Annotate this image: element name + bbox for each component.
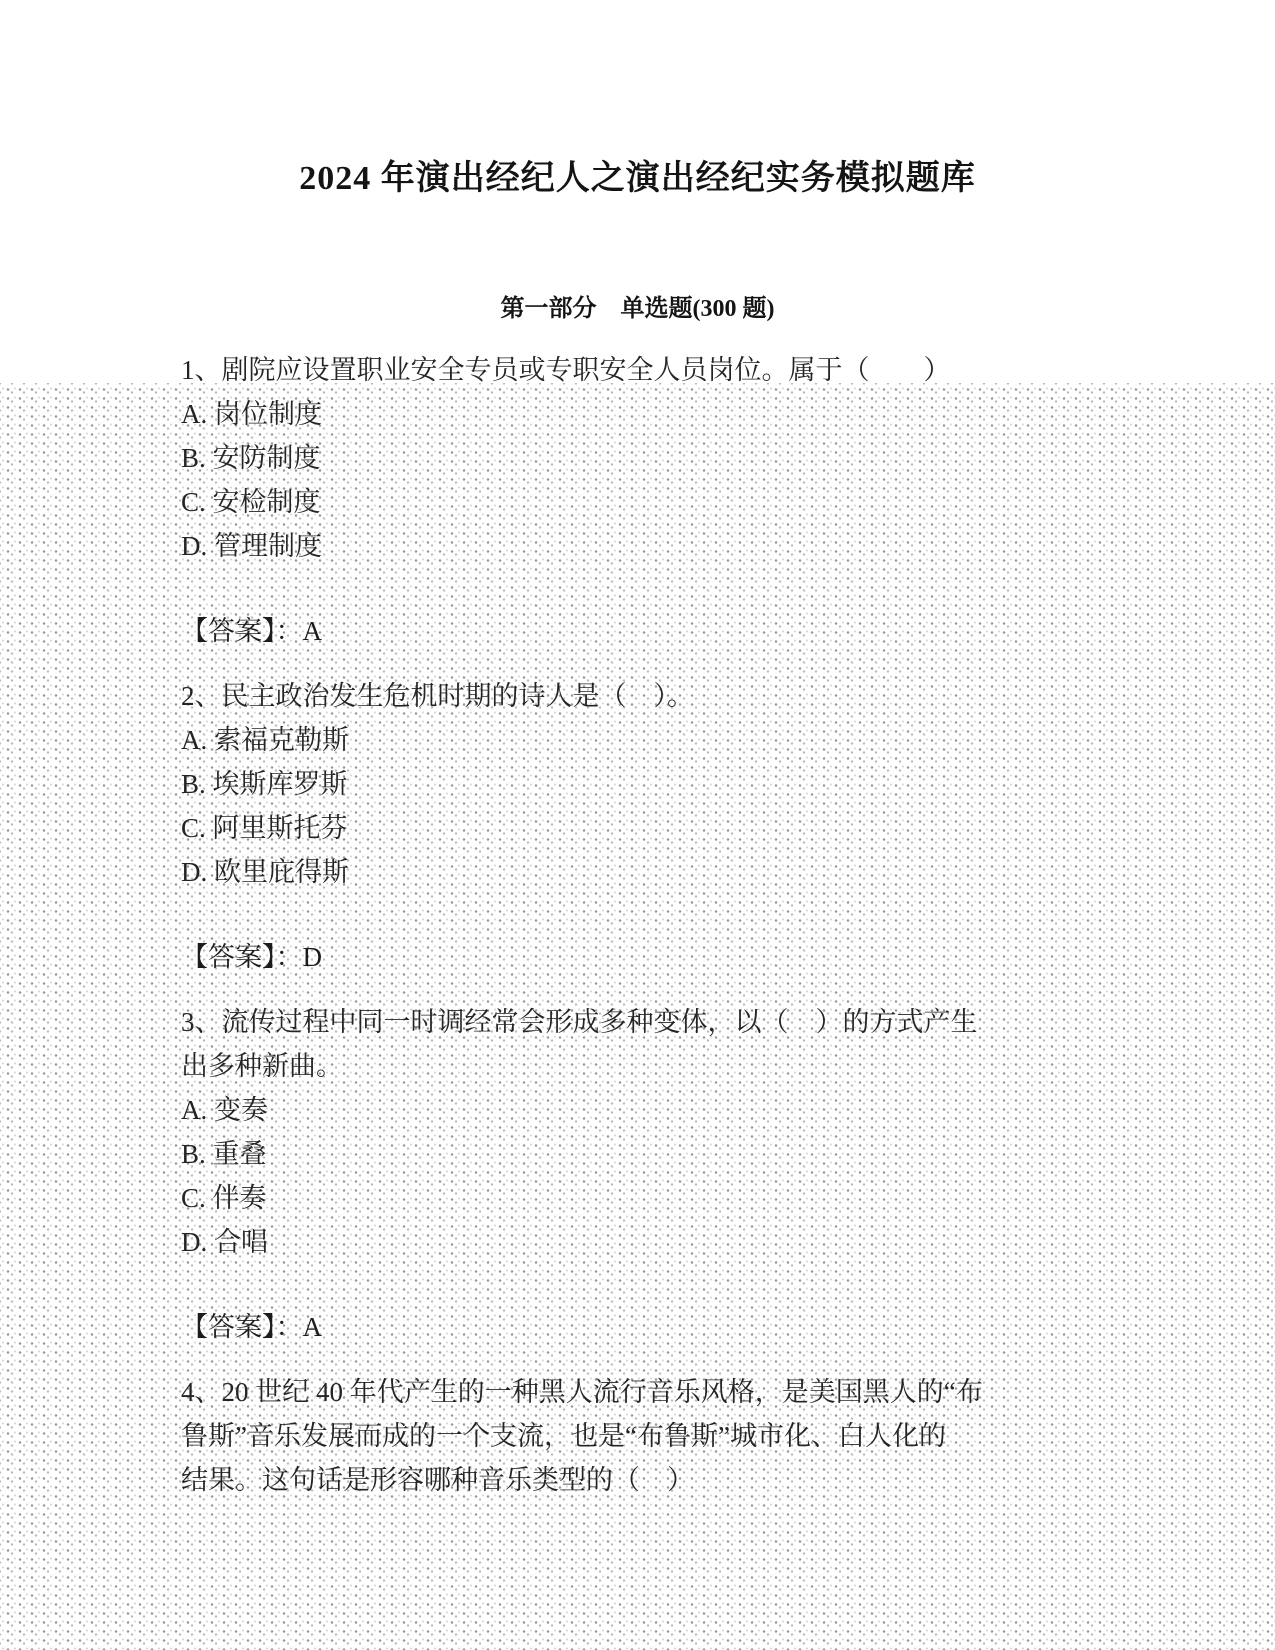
question-1-stem: 1、剧院应设置职业安全专员或专职安全人员岗位。属于（ ） [181,348,1061,392]
question-3-option-a: A. 变奏 [181,1088,1061,1132]
question-3-answer: 【答案】：A [181,1305,1061,1349]
question-3-option-b: B. 重叠 [181,1132,1061,1176]
question-2-stem: 2、民主政治发生危机时期的诗人是（ ）。 [181,674,1061,718]
question-2-option-a: A. 索福克勒斯 [181,718,1061,762]
section-heading: 第一部分 单选题(300 题) [0,288,1275,323]
question-4-stem-line-1: 4、20 世纪 40 年代产生的一种黑人流行音乐风格，是美国黑人的“布 [181,1370,1061,1414]
question-1-option-c: C. 安检制度 [181,480,1061,524]
question-4-stem-line-3: 结果。这句话是形容哪种音乐类型的（ ） [181,1458,1061,1502]
question-3-option-c: C. 伴奏 [181,1176,1061,1220]
question-1-option-a: A. 岗位制度 [181,392,1061,436]
question-3-stem-line-2: 出多种新曲。 [181,1044,1061,1088]
question-1-answer: 【答案】：A [181,609,1061,653]
questions-content: 1、剧院应设置职业安全专员或专职安全人员岗位。属于（ ） A. 岗位制度 B. … [181,348,1061,1502]
question-2-option-c: C. 阿里斯托芬 [181,806,1061,850]
document-title: 2024 年演出经纪人之演出经纪实务模拟题库 [0,150,1275,199]
question-2-option-d: D. 欧里庇得斯 [181,850,1061,894]
question-4-stem-line-2: 鲁斯”音乐发展而成的一个支流，也是“布鲁斯”城市化、白人化的 [181,1414,1061,1458]
question-3-stem-line-1: 3、流传过程中同一时调经常会形成多种变体，以（ ）的方式产生 [181,1000,1061,1044]
question-3-option-d: D. 合唱 [181,1220,1061,1264]
question-1-option-b: B. 安防制度 [181,436,1061,480]
document-page: 2024 年演出经纪人之演出经纪实务模拟题库 第一部分 单选题(300 题) 1… [0,0,1275,1650]
question-2-answer: 【答案】：D [181,935,1061,979]
question-2-option-b: B. 埃斯库罗斯 [181,762,1061,806]
question-1-option-d: D. 管理制度 [181,524,1061,568]
